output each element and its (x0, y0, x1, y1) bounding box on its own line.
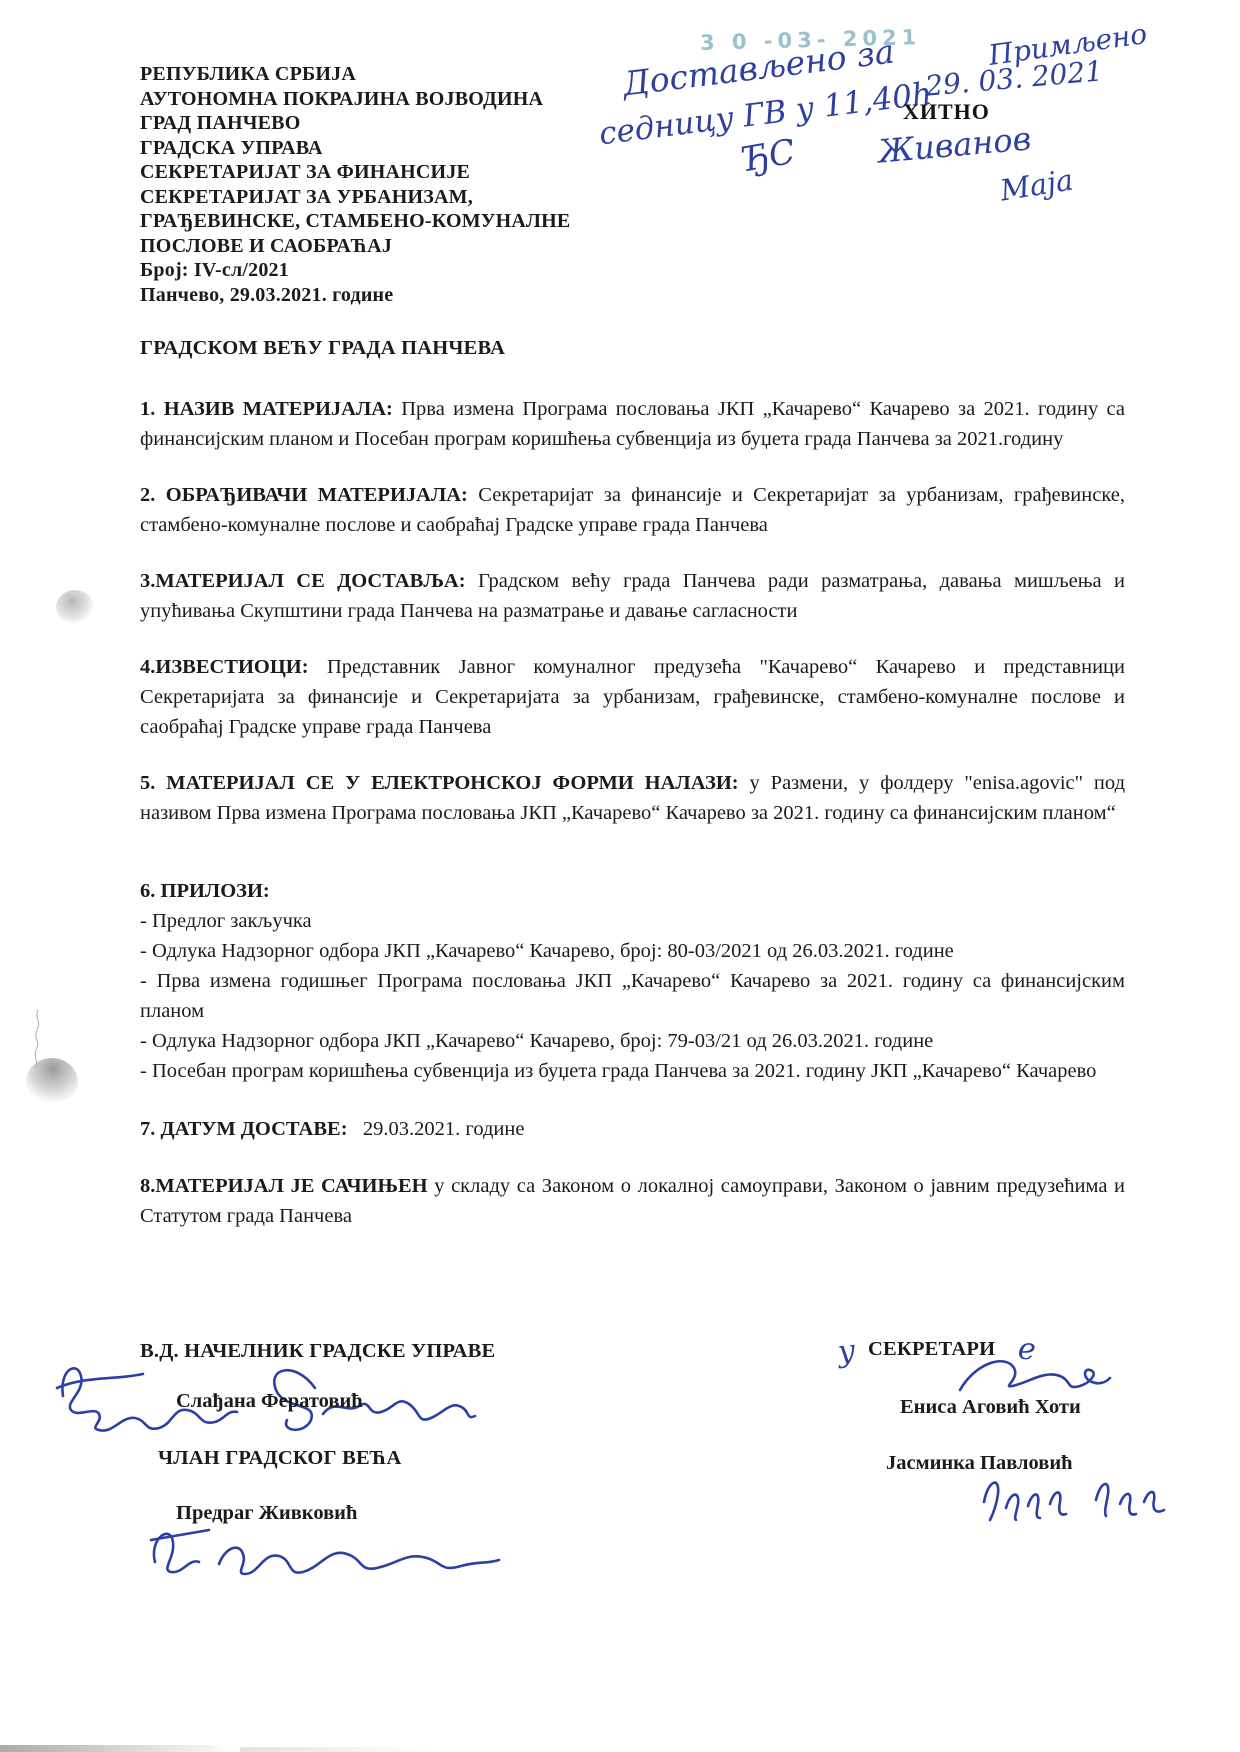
punch-hole-top (56, 590, 94, 624)
header-line-secretariat-urbanism3: ПОСЛОВЕ И САОБРАЋАЈ (140, 234, 1125, 259)
section-3-label: 3.МАТЕРИЈАЛ СЕ ДОСТАВЉА: (140, 570, 466, 592)
secretary-hand-mark-left: у (836, 1333, 857, 1370)
scan-edge-shadow (0, 1745, 235, 1752)
section-4-label: 4.ИЗВЕСТИОЦИ: (140, 656, 309, 678)
header-line-secretariat-urbanism: СЕКРЕТАРИЈАТ ЗА УРБАНИЗАМ, (140, 185, 1125, 210)
section-7-label: 7. ДАТУМ ДОСТАВЕ: (140, 1118, 348, 1140)
attachment-item: - Прва измена годишњег Програма пословањ… (140, 966, 1125, 1026)
signature-pavlovic (978, 1468, 1178, 1524)
attachment-item: - Посебан програм коришћења субвенција и… (140, 1056, 1125, 1086)
pencil-scratch-mark (28, 1008, 48, 1070)
header-line-administration: ГРАДСКА УПРАВА (140, 136, 1125, 161)
section-7-text: 29.03.2021. године (363, 1118, 525, 1140)
signature-zivkovic (145, 1518, 505, 1588)
header-line-place-date: Панчево, 29.03.2021. године (140, 283, 1125, 308)
section-1-label: 1. НАЗИВ МАТЕРИЈАЛА: (140, 398, 393, 420)
header-line-secretariat-finance: СЕКРЕТАРИЈАТ ЗА ФИНАНСИЈЕ (140, 160, 1125, 185)
header-line-province: АУТОНОМНА ПОКРАЈИНА ВОЈВОДИНА (140, 87, 1125, 112)
section-2-label: 2. ОБРАЂИВАЧИ МАТЕРИЈАЛА: (140, 484, 468, 506)
section-2-processors: 2. ОБРАЂИВАЧИ МАТЕРИЈАЛА: Секретаријат з… (140, 480, 1125, 540)
header-line-city: ГРАД ПАНЧЕВО (140, 111, 1125, 136)
attachment-item: - Одлука Надзорног одбора ЈКП „Качарево“… (140, 1026, 1125, 1056)
section-5-electronic-form: 5. МАТЕРИЈАЛ СЕ У ЕЛЕКТРОНСКОЈ ФОРМИ НАЛ… (140, 768, 1125, 828)
section-5-label: 5. МАТЕРИЈАЛ СЕ У ЕЛЕКТРОНСКОЈ ФОРМИ НАЛ… (140, 772, 739, 794)
header-line-number: Број: IV-сл/2021 (140, 258, 1125, 283)
recipient-line: ГРАДСКОМ ВЕЋУ ГРАДА ПАНЧЕВА (140, 337, 1125, 360)
header-line-secretariat-urbanism2: ГРАЂЕВИНСКЕ, СТАМБЕНО-КОМУНАЛНЕ (140, 209, 1125, 234)
header-line-republic: РЕПУБЛИКА СРБИЈА (140, 62, 1125, 87)
section-3-delivered-to: 3.МАТЕРИЈАЛ СЕ ДОСТАВЉА: Градском већу г… (140, 566, 1125, 626)
section-8-legal-basis: 8.МАТЕРИЈАЛ ЈЕ САЧИЊЕН у складу са Закон… (140, 1171, 1125, 1231)
section-6-attachments: 6. ПРИЛОЗИ: - Предлог закључка - Одлука … (140, 876, 1125, 1086)
document-body: РЕПУБЛИКА СРБИЈА АУТОНОМНА ПОКРАЈИНА ВОЈ… (140, 62, 1125, 1252)
section-7-delivery-date: 7. ДАТУМ ДОСТАВЕ: 29.03.2021. године (140, 1118, 1125, 1141)
attachment-item: - Предлог закључка (140, 906, 1125, 936)
section-4-rapporteurs: 4.ИЗВЕСТИОЦИ: Представник Јавног комунал… (140, 652, 1125, 742)
section-8-label: 8.МАТЕРИЈАЛ ЈЕ САЧИЊЕН (140, 1175, 428, 1197)
attachment-item: - Одлука Надзорног одбора ЈКП „Качарево“… (140, 936, 1125, 966)
left-signatory-title-2: ЧЛАН ГРАДСКОГ ВЕЋА (158, 1447, 401, 1470)
left-signatory-name-1: Слађана Фератовић (176, 1390, 363, 1413)
attachments-label: 6. ПРИЛОЗИ: (140, 876, 1125, 906)
right-signatory-name-1: Ениса Аговић Хоти (900, 1396, 1081, 1419)
scan-edge-shadow-faint (240, 1747, 430, 1752)
section-1-material-title: 1. НАЗИВ МАТЕРИЈАЛА: Прва измена Програм… (140, 394, 1125, 454)
scanned-document-page: 3 0 -03- 2021 Достављено за седницу ГВ у… (0, 0, 1240, 1752)
